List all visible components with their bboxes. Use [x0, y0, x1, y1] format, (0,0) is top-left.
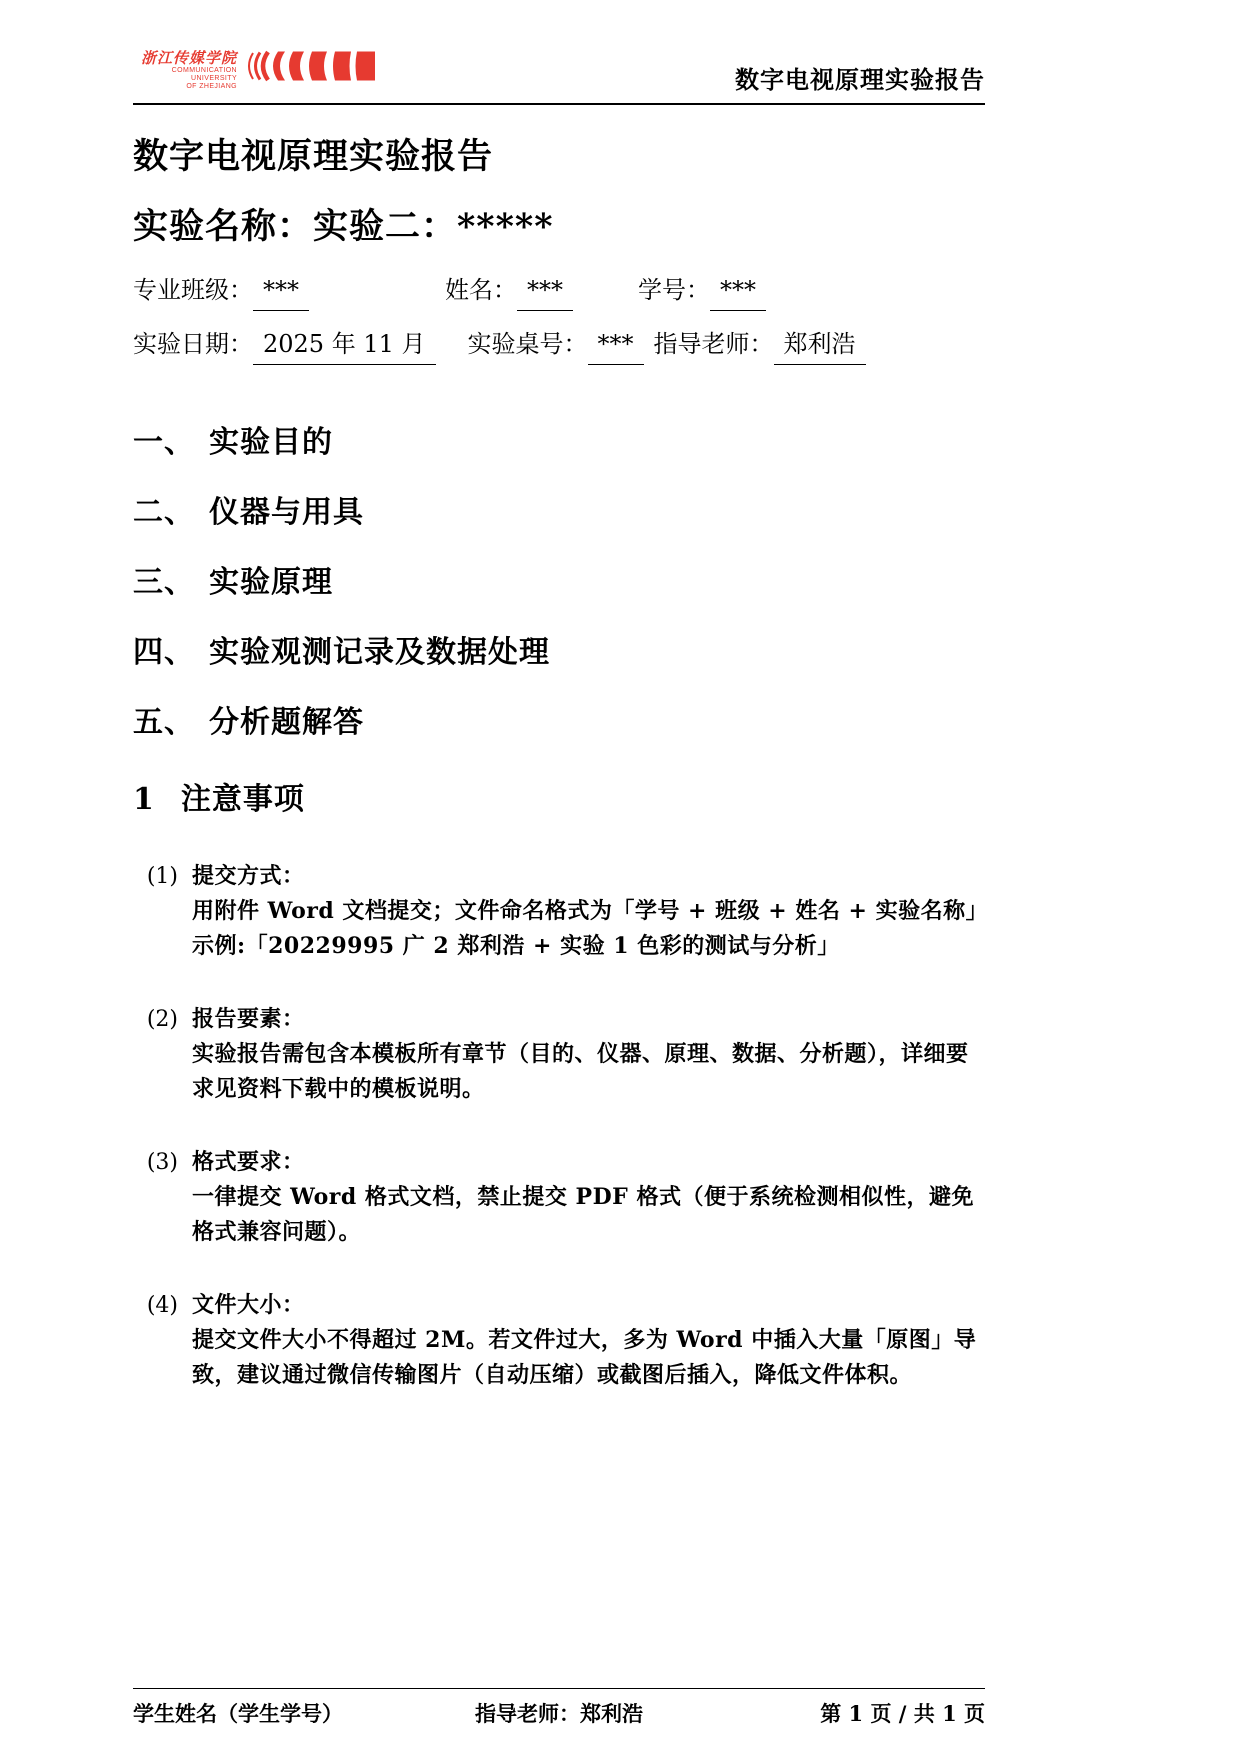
experiment-name-title: 实验名称：实验二：***** — [133, 205, 985, 249]
section-title: 分析题解答 — [209, 705, 364, 740]
section-marker: 二、 — [133, 495, 195, 530]
date-field: 实验日期：2025 年 11 月 — [133, 330, 468, 358]
name-label: 姓名： — [445, 276, 517, 304]
section-heading-instruments: 二、仪器与用具 — [133, 493, 985, 533]
item-title: 格式要求： — [192, 1145, 985, 1180]
section-title: 仪器与用具 — [209, 495, 364, 530]
item-title: 文件大小： — [192, 1288, 985, 1323]
item-body-line: 实验报告需包含本模板所有章节（目的、仪器、原理、数据、分析题），详细要求见资料下… — [192, 1037, 985, 1107]
item-marker: (4) — [133, 1288, 178, 1393]
document-title: 数字电视原理实验报告 — [133, 135, 985, 179]
notes-heading: 1注意事项 — [133, 779, 985, 821]
item-marker: (1) — [133, 859, 178, 964]
running-title: 数字电视原理实验报告 — [735, 60, 985, 95]
section-heading-analysis: 五、分析题解答 — [133, 703, 985, 743]
item-text: 格式要求： 一律提交 Word 格式文档，禁止提交 PDF 格式（便于系统检测相… — [192, 1145, 985, 1250]
section-marker: 一、 — [133, 425, 195, 460]
item-text: 报告要素： 实验报告需包含本模板所有章节（目的、仪器、原理、数据、分析题），详细… — [192, 1002, 985, 1107]
item-body-line: 一律提交 Word 格式文档，禁止提交 PDF 格式（便于系统检测相似性，避免格… — [192, 1180, 985, 1250]
university-logo-text: 浙江传媒学院 COMMUNICATION UNIVERSITY OF ZHEJI… — [141, 50, 237, 91]
item-marker: (2) — [133, 1002, 178, 1107]
item-marker: (3) — [133, 1145, 178, 1250]
item-text: 文件大小： 提交文件大小不得超过 2M。若文件过大，多为 Word 中插入大量「… — [192, 1288, 985, 1393]
item-title: 报告要素： — [192, 1002, 985, 1037]
section-list: 一、实验目的 二、仪器与用具 三、实验原理 四、实验观测记录及数据处理 五、分析… — [133, 423, 985, 743]
info-row-2: 实验日期：2025 年 11 月实验桌号：***指导老师：郑利浩 — [133, 327, 985, 365]
list-item-report-elements: (2) 报告要素： 实验报告需包含本模板所有章节（目的、仪器、原理、数据、分析题… — [133, 1002, 985, 1107]
name-value: *** — [517, 273, 573, 311]
university-name-english-line1: COMMUNICATION — [172, 67, 237, 75]
section-heading-data: 四、实验观测记录及数据处理 — [133, 633, 985, 673]
item-text: 提交方式： 用附件 Word 文档提交；文件命名格式为「学号 + 班级 + 姓名… — [192, 859, 985, 964]
desk-label: 实验桌号： — [468, 330, 588, 358]
list-item-format: (3) 格式要求： 一律提交 Word 格式文档，禁止提交 PDF 格式（便于系… — [133, 1145, 985, 1250]
list-item-submission: (1) 提交方式： 用附件 Word 文档提交；文件命名格式为「学号 + 班级 … — [133, 859, 985, 964]
desk-field: 实验桌号：*** — [468, 330, 654, 358]
student-id-label: 学号： — [638, 276, 710, 304]
section-title: 实验原理 — [209, 565, 333, 600]
date-value: 2025 年 11 月 — [253, 327, 436, 365]
notes-heading-number: 1 — [133, 782, 155, 817]
footer-student-name: 学生姓名（学生学号） — [133, 1698, 417, 1728]
class-label: 专业班级： — [133, 276, 253, 304]
notes-heading-title: 注意事项 — [181, 782, 305, 817]
page-content: 浙江传媒学院 COMMUNICATION UNIVERSITY OF ZHEJI… — [133, 0, 985, 1393]
university-name-chinese: 浙江传媒学院 — [141, 50, 237, 67]
section-marker: 三、 — [133, 565, 195, 600]
notes-list: (1) 提交方式： 用附件 Word 文档提交；文件命名格式为「学号 + 班级 … — [133, 859, 985, 1393]
section-heading-principle: 三、实验原理 — [133, 563, 985, 603]
section-title: 实验目的 — [209, 425, 333, 460]
item-body-line: 用附件 Word 文档提交；文件命名格式为「学号 + 班级 + 姓名 + 实验名… — [192, 894, 985, 929]
desk-value: *** — [588, 327, 644, 365]
class-field: 专业班级：*** — [133, 276, 445, 304]
student-id-field: 学号：*** — [638, 276, 766, 304]
teacher-label: 指导老师： — [654, 330, 774, 358]
list-item-file-size: (4) 文件大小： 提交文件大小不得超过 2M。若文件过大，多为 Word 中插… — [133, 1288, 985, 1393]
section-heading-purpose: 一、实验目的 — [133, 423, 985, 463]
university-name-english-line2: UNIVERSITY — [172, 75, 237, 83]
item-body-line: 示例:「20229995 广 2 郑利浩 + 实验 1 色彩的测试与分析」 — [192, 929, 985, 964]
date-label: 实验日期： — [133, 330, 253, 358]
class-value: *** — [253, 273, 309, 311]
name-field: 姓名：*** — [445, 276, 638, 304]
footer-teacher: 指导老师：郑利浩 — [417, 1698, 701, 1728]
university-name-english-line3: OF ZHEJIANG — [172, 83, 237, 91]
info-row-1: 专业班级：***姓名：***学号：*** — [133, 273, 985, 311]
teacher-field: 指导老师：郑利浩 — [654, 330, 866, 358]
section-marker: 五、 — [133, 705, 195, 740]
section-title: 实验观测记录及数据处理 — [209, 635, 550, 670]
section-marker: 四、 — [133, 635, 195, 670]
item-title: 提交方式： — [192, 859, 985, 894]
page-header: 浙江传媒学院 COMMUNICATION UNIVERSITY OF ZHEJI… — [133, 0, 985, 105]
teacher-value: 郑利浩 — [774, 327, 866, 365]
item-body-line: 提交文件大小不得超过 2M。若文件过大，多为 Word 中插入大量「原图」导致，… — [192, 1323, 985, 1393]
footer-page-number: 第 1 页 / 共 1 页 — [701, 1698, 985, 1728]
page-footer: 学生姓名（学生学号） 指导老师：郑利浩 第 1 页 / 共 1 页 — [133, 1688, 985, 1728]
university-name-english: COMMUNICATION UNIVERSITY OF ZHEJIANG — [172, 67, 237, 91]
university-logo-mark-icon — [243, 50, 375, 82]
student-id-value: *** — [710, 273, 766, 311]
university-logo: 浙江传媒学院 COMMUNICATION UNIVERSITY OF ZHEJI… — [141, 50, 375, 91]
